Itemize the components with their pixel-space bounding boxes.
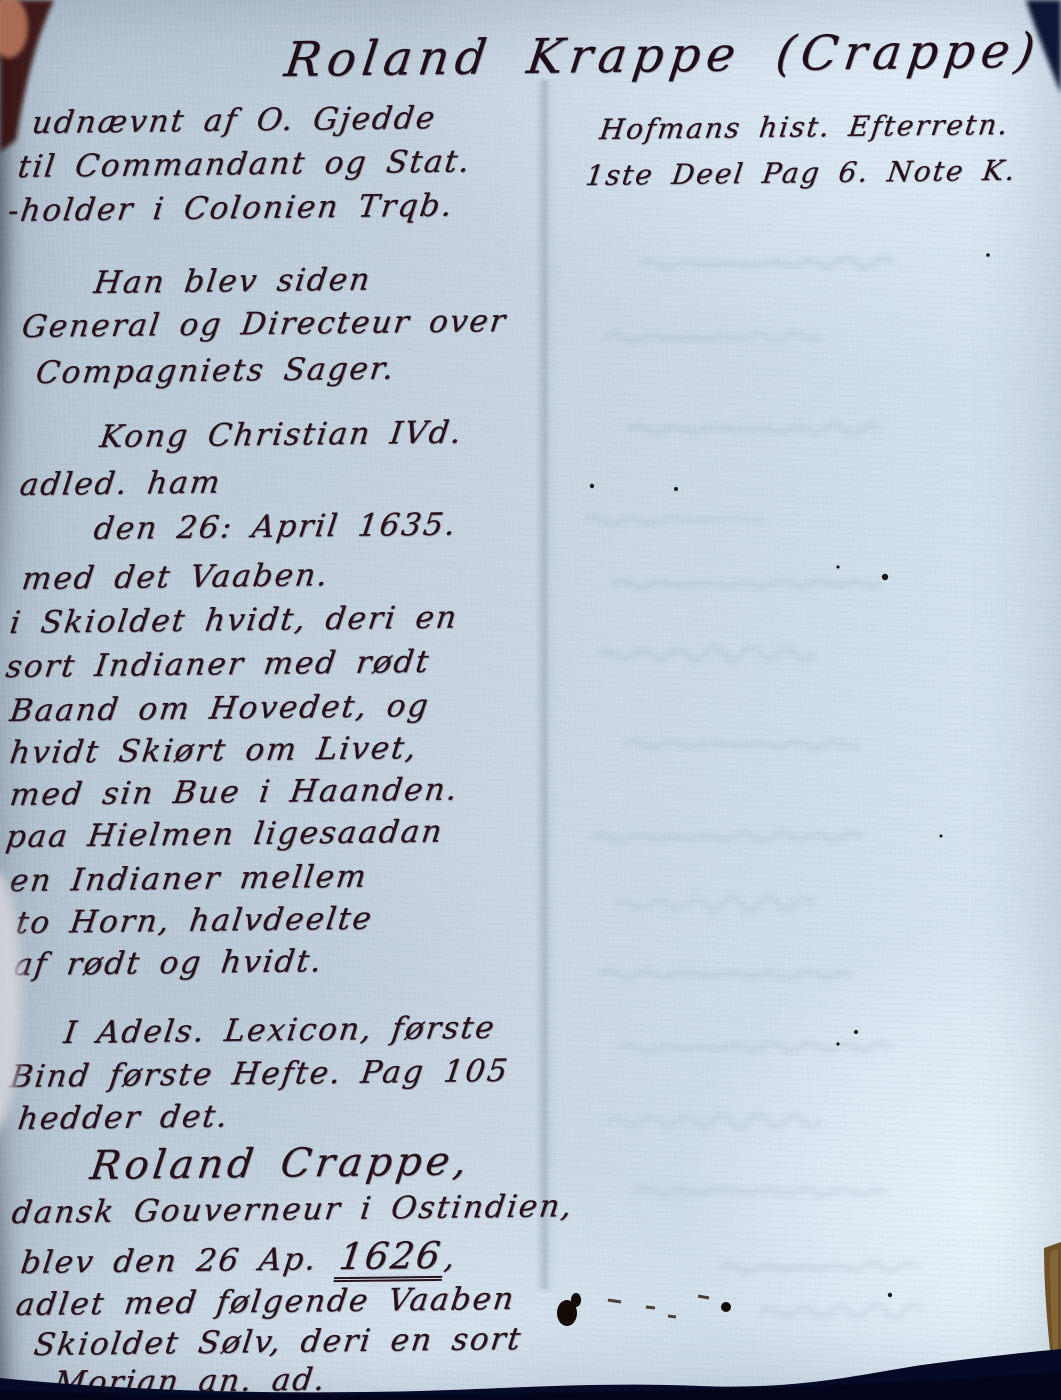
- handwritten-line: blev den 26 Ap. 1626,: [18, 1237, 459, 1286]
- handwritten-line: den 26: April 1635.: [92, 510, 459, 545]
- handwritten-line: paa Hielmen ligesaadan: [4, 817, 445, 853]
- handwritten-line: Kong Christian IVd.: [98, 418, 465, 453]
- handwritten-line: hvidt Skiørt om Livet,: [8, 733, 420, 769]
- reference-note-line: Hofmans hist. Efterretn.: [598, 111, 1011, 144]
- handwritten-line: Skioldet Sølv, deri en sort: [32, 1324, 524, 1361]
- page-title: Roland Krappe (Crappe): [282, 27, 1043, 84]
- handwritten-line: dansk Gouverneur i Ostindien,: [10, 1191, 575, 1229]
- handwritten-line: adled. ham: [18, 468, 223, 501]
- handwritten-line: hedder det.: [16, 1101, 231, 1135]
- handwritten-line: til Commandant og Stat.: [16, 146, 473, 183]
- handwritten-line: Baand om Hovedet, og: [8, 691, 431, 727]
- handwritten-line: General og Directeur over: [20, 306, 509, 343]
- handwritten-line: med det Vaaben.: [20, 560, 331, 595]
- handwritten-name-line: Roland Crappe,: [88, 1141, 473, 1186]
- handwritten-line: I Adels. Lexicon, første: [62, 1013, 498, 1049]
- underlined-year-1626: 1626: [333, 1237, 447, 1282]
- reference-note-line: 1ste Deel Pag 6. Note K.: [584, 157, 1018, 190]
- handwritten-line: Compagniets Sager.: [34, 354, 397, 389]
- handwritten-line: en Indianer mellem: [8, 862, 369, 897]
- handwritten-line: med sin Bue i Haanden.: [8, 775, 460, 811]
- handwritten-line: -holder i Colonien Trqb.: [6, 191, 455, 227]
- handwritten-line: udnævnt af O. Gjedde: [30, 103, 438, 139]
- handwritten-line: to Horn, halvdeelte: [14, 904, 375, 939]
- handwritten-line: Morian an. ad.: [52, 1365, 328, 1399]
- handwritten-line: Bind første Hefte. Pag 105: [8, 1056, 511, 1093]
- handwritten-line: i Skioldet hvidt, deri en: [8, 603, 460, 639]
- handwritten-line: af rødt og hvidt.: [12, 946, 325, 981]
- handwritten-line: sort Indianer med rødt: [4, 647, 432, 683]
- handwritten-line: adlet med følgende Vaaben: [14, 1284, 517, 1321]
- handwritten-line-fragment: blev den 26 Ap.: [19, 1241, 339, 1281]
- manuscript-photo: Roland Krappe (Crappe) Hofmans hist. Eft…: [0, 0, 1061, 1400]
- handwritten-line: Han blev siden: [92, 265, 373, 299]
